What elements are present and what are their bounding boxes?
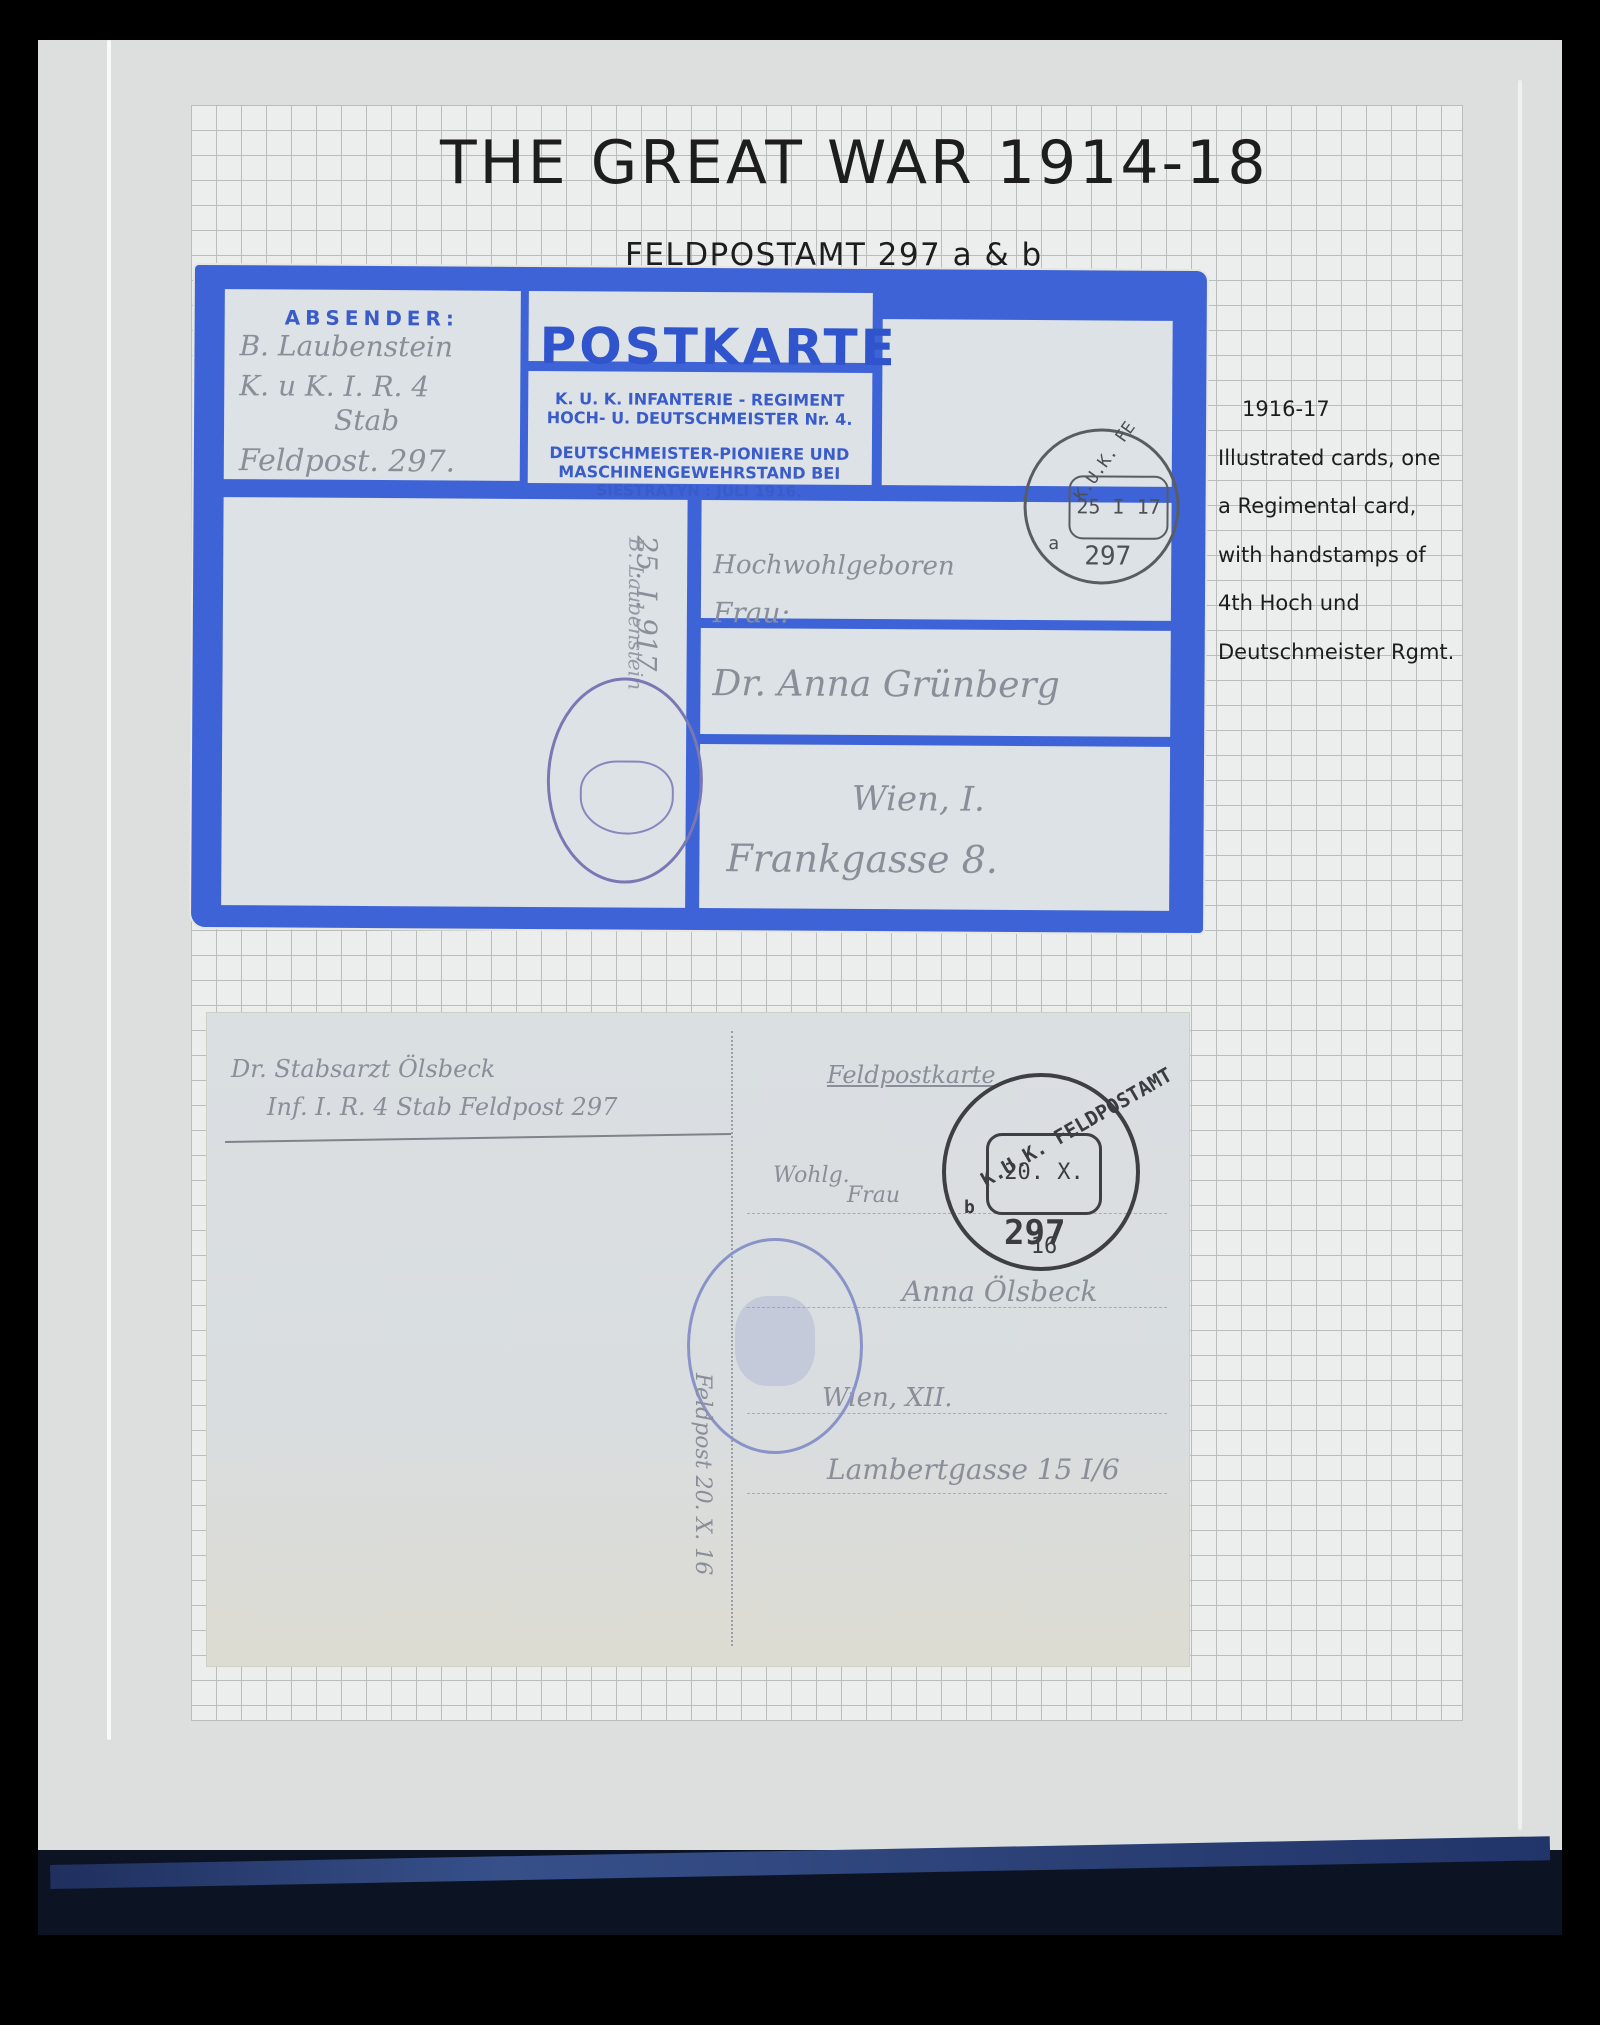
description-note: 1916-17 Illustrated cards, one a Regimen… [1218,385,1478,676]
address-street: Lambertgasse 15 I/6 [827,1453,1120,1486]
address-street: Frankgasse 8. [726,836,998,882]
address-salutation: Wohlg. [773,1163,850,1188]
sender-feldpost: Feldpost. 297. [239,443,456,479]
sender-staff: Stab [334,404,399,437]
note-year: 1916-17 [1218,385,1478,434]
regimental-postkarte: ABSENDER: B. Laubenstein K. u K. I. R. 4… [191,265,1207,933]
double-eagle-icon [735,1296,815,1386]
regimental-handstamp [546,677,703,884]
page-title: THE GREAT WAR 1914-18 [440,128,1220,198]
message-text [227,1153,687,1633]
feldpost-postmark-a: K.U.K. FE 25 I 17 a 297 [1023,428,1180,585]
absender-label: ABSENDER: [285,305,459,330]
sender-unit: K. u K. I. R. 4 [239,369,429,403]
regiment-line: HOCH- U. DEUTSCHMEISTER Nr. 4. [527,408,872,429]
address-line-3 [699,744,1170,911]
address-title: Frau [847,1183,900,1208]
sleeve-glare-right [1518,80,1522,1830]
feldpost-postmark-b: K.U.K. FELDPOSTAMT 20. X. 16 b 297 [942,1073,1140,1271]
note-line: Illustrated cards, one [1218,434,1478,483]
picture-postcard-reverse: Dr. Stabsarzt Ölsbeck Inf. I. R. 4 Stab … [207,1013,1189,1666]
postkarte-title: POSTKARTE [539,317,898,377]
pioneer-line: MASCHINENGEWEHRSTAND BEI [527,462,872,483]
sender-rule [225,1133,731,1143]
sender-name: B. Laubenstein [239,329,453,363]
sender-line: Inf. I. R. 4 Stab Feldpost 297 [267,1093,617,1121]
address-dotline [747,1493,1167,1494]
address-name: Dr. Anna Grünberg [712,663,1059,706]
note-line: a Regimental card, [1218,482,1478,531]
regiment-line: K. U. K. INFANTERIE - REGIMENT [527,389,872,410]
note-line: 4th Hoch und [1218,579,1478,628]
address-city: Wien, I. [852,779,985,820]
card-type-header: Feldpostkarte [827,1061,996,1089]
address-name: Anna Ölsbeck [902,1275,1097,1308]
message-date: Feldpost 20. X. 16 [690,1373,715,1575]
address-salutation: Hochwohlgeboren [713,550,955,581]
sleeve-glare-left [107,40,111,1740]
pioneer-line: SIESTRATYN : JULI 1916. [527,481,872,502]
eagle-crest-icon [580,760,674,835]
pioneer-line: DEUTSCHMEISTER-PIONIERE UND [527,443,872,464]
sender-line: Dr. Stabsarzt Ölsbeck [231,1055,495,1083]
note-line: Deutschmeister Rgmt. [1218,628,1478,677]
note-line: with handstamps of [1218,531,1478,580]
address-title: Frau: [713,596,790,629]
